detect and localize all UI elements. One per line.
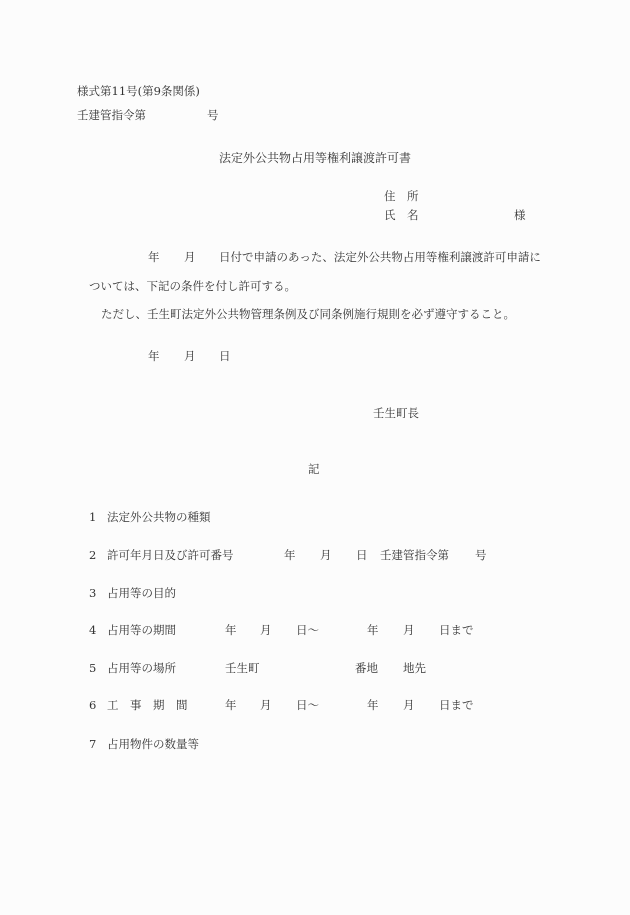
location-lot: 番地 [355,661,378,675]
note-heading: 記 [308,462,320,476]
from-day: 日～ [296,623,319,637]
item-number: 4 [89,623,96,637]
honorific: 様 [514,208,526,222]
item-number: 1 [89,510,96,524]
issue-year: 年 [148,349,160,363]
item-number: 3 [89,586,96,600]
location-vicinity: 地先 [403,661,426,675]
to-day: 日まで [439,698,474,712]
to-year: 年 [367,698,379,712]
body-line1-month: 月 [184,250,196,264]
from-day: 日～ [296,698,319,712]
issue-month: 月 [184,349,196,363]
to-month: 月 [403,623,415,637]
form-number: 様式第11号(第9条関係) [77,84,200,98]
item-label: 工 事 期 間 [107,698,188,712]
from-month: 月 [260,623,272,637]
item-label: 法定外公共物の種類 [107,510,211,524]
name-label: 氏 名 [384,208,419,222]
body-line2: ついては、下記の条件を付し許可する。 [89,279,296,293]
issue-day: 日 [219,349,231,363]
body-line3: ただし、壬生町法定外公共物管理条例及び同条例施行規則を必ず遵守すること。 [101,307,515,321]
permit-year: 年 [284,548,296,562]
issuer: 壬生町長 [373,406,419,420]
body-line1-text: 日付で申請のあった、法定外公共物占用等権利譲渡許可申請に [219,250,541,264]
location-town: 壬生町 [225,661,260,675]
item-label: 占用等の場所 [107,661,176,675]
permit-month: 月 [320,548,332,562]
document-title: 法定外公共物占用等権利譲渡許可書 [219,151,411,165]
item-label: 占用等の目的 [107,586,176,600]
reference-prefix: 壬建管指令第 [77,108,146,122]
item-label: 許可年月日及び許可番号 [107,548,234,562]
from-month: 月 [260,698,272,712]
permit-ref-suffix: 号 [475,548,487,562]
item-label: 占用物件の数量等 [107,737,199,751]
item-number: 5 [89,661,96,675]
address-label: 住 所 [384,189,419,203]
item-number: 2 [89,548,96,562]
to-year: 年 [367,623,379,637]
from-year: 年 [225,623,237,637]
item-number: 6 [89,698,96,712]
to-day: 日まで [439,623,474,637]
reference-suffix: 号 [207,108,219,122]
body-line1-year: 年 [148,250,160,264]
to-month: 月 [403,698,415,712]
from-year: 年 [225,698,237,712]
permit-day: 日 [356,548,368,562]
item-label: 占用等の期間 [107,623,176,637]
item-number: 7 [89,737,96,751]
permit-ref-prefix: 壬建管指令第 [380,548,449,562]
